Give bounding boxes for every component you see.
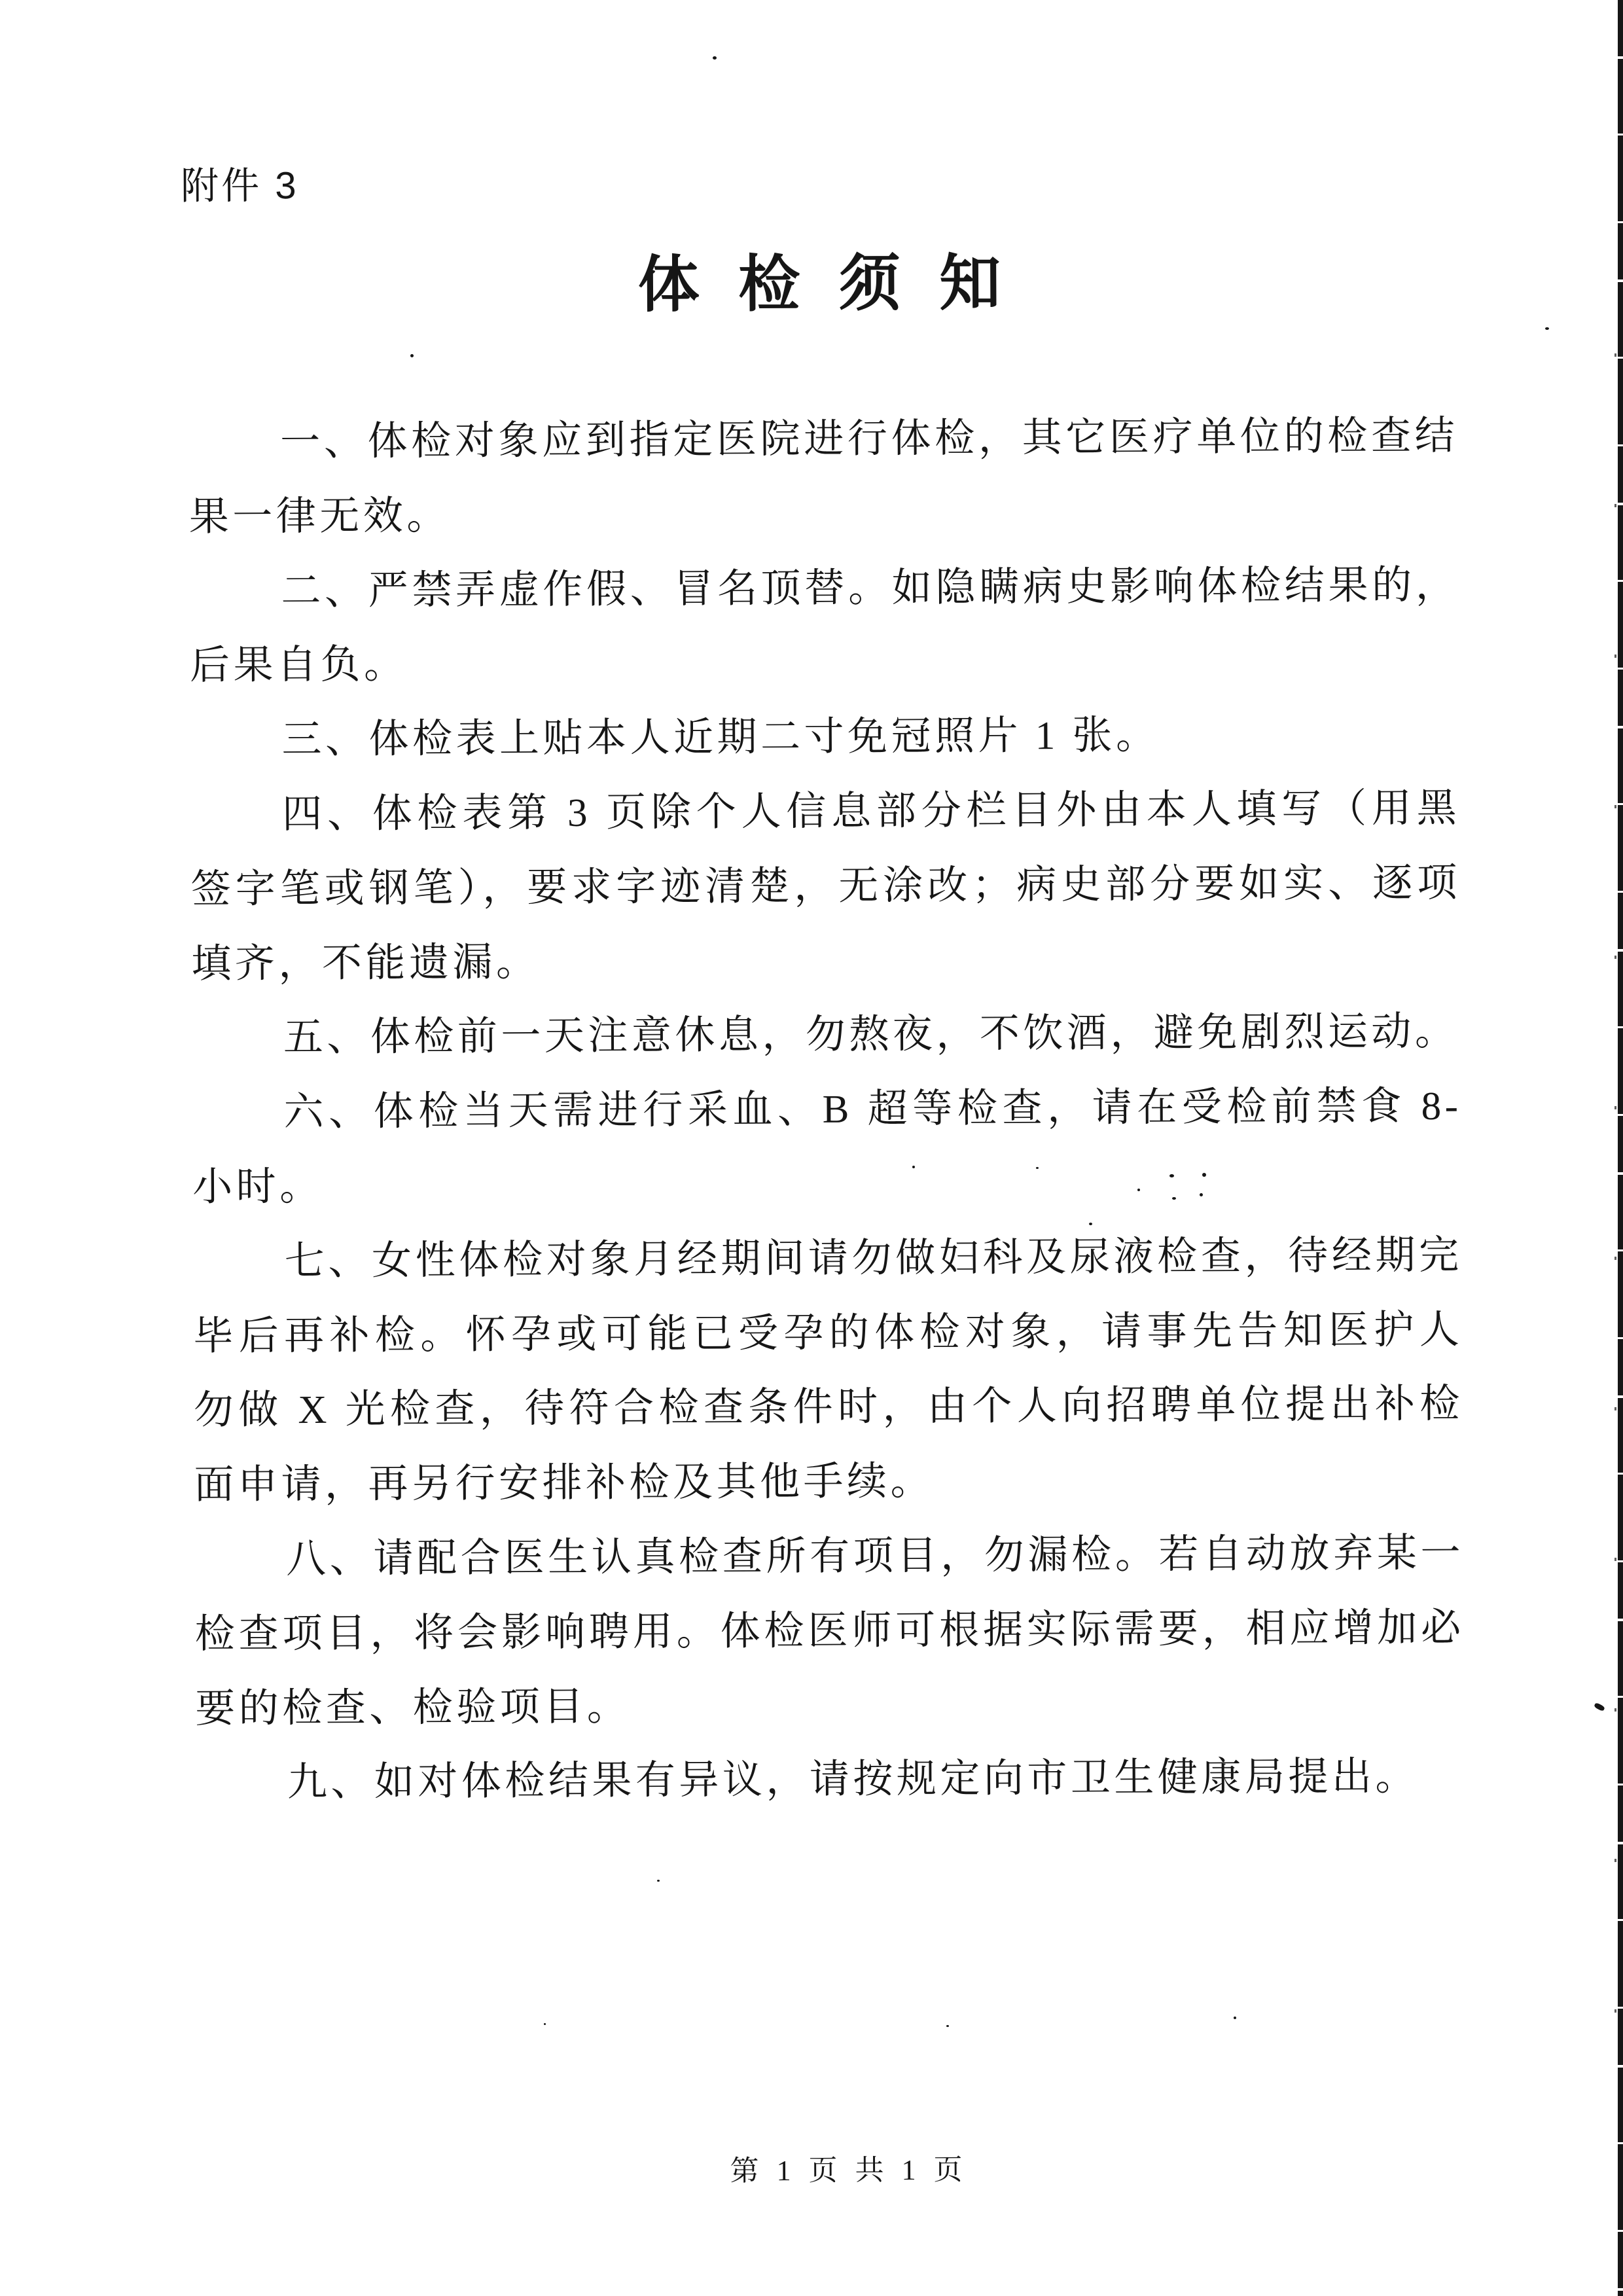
body-line: 五、体检前一天注意休息，勿熬夜，不饮酒，避免剧烈运动。 (192, 995, 1462, 1076)
attachment-label: 附件 3 (181, 165, 299, 207)
body-line: 签字笔或钢笔），要求字迹清楚，无涂改；病史部分要如实、逐项 (190, 846, 1461, 927)
scan-speck (1202, 1173, 1206, 1177)
scan-speck (410, 354, 414, 357)
scan-edge-dots (1614, 353, 1616, 2034)
body-line: 勿做 X 光检查，待符合检查条件时，由个人向招聘单位提出补检书 (194, 1367, 1464, 1448)
body-line: 九、如对体检结果有异议，请按规定向市卫生健康局提出。 (196, 1740, 1466, 1821)
body-line: 填齐，不能遗漏。 (191, 920, 1461, 1001)
page-content: 附件 3 体 检 须 知 一、体检对象应到指定医院进行体检，其它医疗单位的检查结… (0, 0, 1623, 2296)
scan-speck (1036, 1167, 1039, 1169)
scan-edge-artifact (1618, 0, 1623, 2296)
scan-speck (1137, 1189, 1140, 1191)
body-line: 果一律无效。 (188, 474, 1459, 555)
scanned-page: 附件 3 体 检 须 知 一、体检对象应到指定医院进行体检，其它医疗单位的检查结… (0, 0, 1623, 2296)
scan-speck (544, 2023, 546, 2025)
scan-speck (912, 1166, 915, 1168)
body-line: 二、严禁弄虚作假、冒名顶替。如隐瞒病史影响体检结果的， (189, 548, 1459, 629)
scan-speck (1169, 1174, 1174, 1177)
scan-speck (657, 1880, 660, 1882)
scan-speck (1200, 1193, 1203, 1196)
body-line: 要的检查、检验项目。 (195, 1665, 1465, 1746)
body-line: 面申请，再另行安排补检及其他手续。 (194, 1442, 1464, 1523)
body-line: 后果自负。 (190, 622, 1460, 704)
body-line: 七、女性体检对象月经期间请勿做妇科及尿液检查，待经期完 (192, 1219, 1463, 1300)
body-line: 四、体检表第 3 页除个人信息部分栏目外由本人填写（用黑色 (190, 772, 1461, 853)
body-line: 六、体检当天需进行采血、B 超等检查，请在受检前禁食 8-12 (192, 1069, 1462, 1151)
scan-speck (946, 2025, 949, 2027)
scan-speck (1089, 1223, 1092, 1225)
document-title: 体 检 须 知 (188, 238, 1458, 332)
document-body: 一、体检对象应到指定医院进行体检，其它医疗单位的检查结 果一律无效。 二、严禁弄… (188, 399, 1465, 1821)
scan-speck (713, 56, 717, 60)
body-line: 毕后再补检。怀孕或可能已受孕的体检对象，请事先告知医护人员， (193, 1293, 1463, 1374)
scan-speck (1234, 2017, 1236, 2019)
body-line: 一、体检对象应到指定医院进行体检，其它医疗单位的检查结 (188, 399, 1459, 480)
body-line: 八、请配合医生认真检查所有项目，勿漏检。若自动放弃某一 (194, 1516, 1465, 1598)
scan-speck (1545, 327, 1549, 330)
page-number-footer: 第 1 页 共 1 页 (198, 2151, 1497, 2191)
body-line: 三、体检表上贴本人近期二寸免冠照片 1 张。 (190, 697, 1460, 778)
body-line: 小时。 (192, 1144, 1463, 1225)
scan-speck (1172, 1197, 1176, 1200)
body-line: 检查项目，将会影响聘用。体检医师可根据实际需要，相应增加必 (194, 1591, 1465, 1672)
